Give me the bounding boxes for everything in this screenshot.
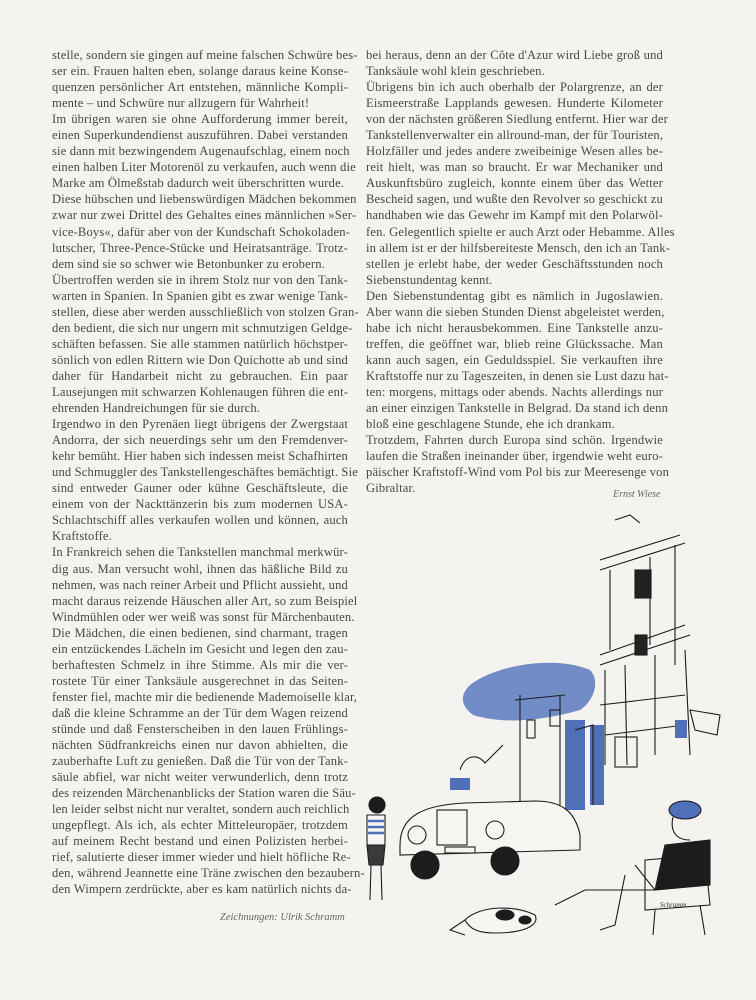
artist-signature: Schramm bbox=[660, 901, 686, 909]
text-line: den Wimpern zerdrückte, aber es kam natü… bbox=[52, 881, 348, 897]
text-line: ser ein. Frauen halten eben, solange dar… bbox=[52, 63, 348, 79]
text-line: fenster fiel, machte mir die bedienende … bbox=[52, 689, 348, 705]
text-line: reit hielt, was man so braucht. Er war M… bbox=[366, 159, 663, 175]
text-line: rief, salutierte dieser immer wieder und… bbox=[52, 849, 348, 865]
text-line: daß die kleine Schramme an der Tür dem W… bbox=[52, 705, 348, 721]
car-icon bbox=[400, 745, 580, 879]
text-line: dig aus. Man versucht wohl, ihnen das hä… bbox=[52, 561, 348, 577]
text-line: ein entzückendes Lächeln im Gesicht und … bbox=[52, 641, 348, 657]
text-line: Tankstellenverwalter ein allround-man, d… bbox=[366, 127, 663, 143]
right-text-column: bei heraus, denn an der Côte d'Azur wird… bbox=[366, 47, 663, 496]
text-line: Andorra, der sich neuerdings sehr um den… bbox=[52, 432, 348, 448]
text-line: Kraftstoffe nur zu Tageszeiten, in denen… bbox=[366, 368, 663, 384]
text-line: Aber wann die sieben Stunden Dienst abge… bbox=[366, 304, 663, 320]
text-line: ehrenden Handreichungen für sie durch. bbox=[52, 400, 348, 416]
text-line: einem von der Nackttänzerin bis zum mode… bbox=[52, 496, 348, 512]
text-line: ten: morgens, mittags oder abends. Nacht… bbox=[366, 384, 663, 400]
text-line: Die Mädchen, die einen bedienen, sind ch… bbox=[52, 625, 348, 641]
text-line: habe ich nicht herausbekommen. Eine Tank… bbox=[366, 320, 663, 336]
text-line: Irgendwo in den Pyrenäen liegt übrigens … bbox=[52, 416, 348, 432]
text-line: Lausejungen mit schwarzen Kohlenaugen fü… bbox=[52, 384, 348, 400]
text-line: quenzen persönlicher Art entstehen, männ… bbox=[52, 79, 348, 95]
text-line: nehmen, was nach reiner Arbeit und Pflic… bbox=[52, 577, 348, 593]
boy-icon bbox=[367, 797, 385, 900]
text-line: Übertroffen werden sie in ihrem Stolz nu… bbox=[52, 272, 348, 288]
gas-station-illustration: Schramm bbox=[355, 505, 725, 955]
author-credit: Ernst Wiese bbox=[613, 489, 661, 500]
text-line: Diese hübschen und liebenswürdigen Mädch… bbox=[52, 191, 348, 207]
text-line: schäften befassen. Sie alle stammen natü… bbox=[52, 336, 348, 352]
text-line: bloß eine geschlagene Stunde, ehe ich dr… bbox=[366, 416, 663, 432]
text-line: Im übrigen waren sie ohne Aufforderung i… bbox=[52, 111, 348, 127]
text-line: stellen je erlebt habe, der weder Geschä… bbox=[366, 256, 663, 272]
text-line: auf meinem Recht bestand und einen Poliz… bbox=[52, 833, 348, 849]
text-line: Holzfäller und jedes andere zweibeinige … bbox=[366, 143, 663, 159]
text-line: ungepflegt. Als ich, als echter Mitteleu… bbox=[52, 817, 348, 833]
text-line: Siebenstundentag kennt. bbox=[366, 272, 663, 288]
text-line: stellen, diese aber werden ausschließlic… bbox=[52, 304, 348, 320]
text-line: von der nächsten größeren Siedlung entfe… bbox=[366, 111, 663, 127]
fuel-pump-icon bbox=[565, 720, 604, 810]
text-line: Eismeerstraße Lapplands gewesen. Hundert… bbox=[366, 95, 663, 111]
text-line: In Frankreich sehen die Tankstellen manc… bbox=[52, 544, 348, 560]
left-text-column: stelle, sondern sie gingen auf meine fal… bbox=[52, 47, 348, 897]
text-line: Trotzdem, Fahrten durch Europa sind schö… bbox=[366, 432, 663, 448]
text-line: zauberhafte Luft zu genießen. Daß die Tü… bbox=[52, 753, 348, 769]
sky-wash bbox=[463, 663, 595, 721]
text-line: in allem ist er der hilfsbereiteste Mens… bbox=[366, 240, 663, 256]
text-line: daher für Handarbeit nicht zu gebrauchen… bbox=[52, 368, 348, 384]
text-line: Den Siebenstundentag gibt es nämlich in … bbox=[366, 288, 663, 304]
text-line: treffen, die geöffnet war, blieb reine G… bbox=[366, 336, 663, 352]
text-line: sönlich von edlen Rittern wie Don Quicho… bbox=[52, 352, 348, 368]
text-line: macht daraus reizende Häuschen aller Art… bbox=[52, 593, 348, 609]
text-line: des reizenden Märchenanblicks der Statio… bbox=[52, 785, 348, 801]
text-line: bei heraus, denn an der Côte d'Azur wird… bbox=[366, 47, 663, 63]
text-line: rostete Tür einer Tanksäule ausgerechnet… bbox=[52, 673, 348, 689]
text-line: Marke am Ölmeßstab dadurch weit überschr… bbox=[52, 175, 348, 191]
illustration-credit: Zeichnungen: Ulrik Schramm bbox=[220, 912, 345, 923]
text-line: nächten Südfrankreichs einen nur davon a… bbox=[52, 737, 348, 753]
text-line: den bedient, die sich nur ungern mit sch… bbox=[52, 320, 348, 336]
text-line: Tanksäule wohl klein geschrieben. bbox=[366, 63, 663, 79]
text-line: stelle, sondern sie gingen auf meine fal… bbox=[52, 47, 348, 63]
text-line: einen halben Liter Motorenöl zu verkaufe… bbox=[52, 159, 348, 175]
text-line: Schlachtschiff alles verkaufen wollen un… bbox=[52, 512, 348, 528]
text-line: Auskunftsbüro zugleich, konnte einem übe… bbox=[366, 175, 663, 191]
text-line: vice-Boys«, dafür aber von der Kundschaf… bbox=[52, 224, 348, 240]
text-line: Kraftstoffe. bbox=[52, 528, 348, 544]
text-line: päischer Kraftstoff-Wind vom Pol bis zur… bbox=[366, 464, 663, 480]
text-line: und Schmuggler des Tankstellengeschäftes… bbox=[52, 464, 348, 480]
text-line: dem sind sie so schwer wie Betonbunker z… bbox=[52, 256, 348, 272]
man-in-beret-icon bbox=[555, 801, 710, 935]
text-line: sind entweder Gauner oder kühne Geschäft… bbox=[52, 480, 348, 496]
text-line: sie dann mit bezwingendem Augenaufschlag… bbox=[52, 143, 348, 159]
text-line: an einer einzigen Tankstelle in Belgrad.… bbox=[366, 400, 663, 416]
text-line: einen Superkundendienst auszuführen. Dab… bbox=[52, 127, 348, 143]
text-line: Windmühlen oder wer weiß was sonst für M… bbox=[52, 609, 348, 625]
text-line: lutscher, Three-Pence-Stücke und Heirats… bbox=[52, 240, 348, 256]
text-line: Übrigens bin ich auch oberhalb der Polar… bbox=[366, 79, 663, 95]
text-line: berhaftesten Schmelz in ihre Stimme. Als… bbox=[52, 657, 348, 673]
text-line: warten in Spanien. In Spanien gibt es zw… bbox=[52, 288, 348, 304]
text-line: stünde und daß Fensterscheiben in den la… bbox=[52, 721, 348, 737]
text-line: säule abfiel, war nicht weiter verwunder… bbox=[52, 769, 348, 785]
text-line: len leider selbst nicht nur veraltet, so… bbox=[52, 801, 348, 817]
text-line: fen. Gelegentlich spielte er auch Arzt o… bbox=[366, 224, 663, 240]
text-line: Bescheid sagen, und wußte den Revolver s… bbox=[366, 191, 663, 207]
text-line: kehr bemüht. Hier haben sich indessen me… bbox=[52, 448, 348, 464]
text-line: mente – und Schwüre nur allzugern für Wa… bbox=[52, 95, 348, 111]
text-line: zwar nur zwei Drittel des Gehaltes eines… bbox=[52, 207, 348, 223]
dog-icon bbox=[450, 908, 536, 935]
house-icon bbox=[600, 515, 720, 765]
text-line: den, während Jeannette eine Träne zwisch… bbox=[52, 865, 348, 881]
text-line: kann auch sagen, ein Geduldsspiel. Sie v… bbox=[366, 352, 663, 368]
text-line: handhaben wie das Gewehr im Kampf mit de… bbox=[366, 207, 663, 223]
text-line: laufen die Straßen ineinander über, irge… bbox=[366, 448, 663, 464]
